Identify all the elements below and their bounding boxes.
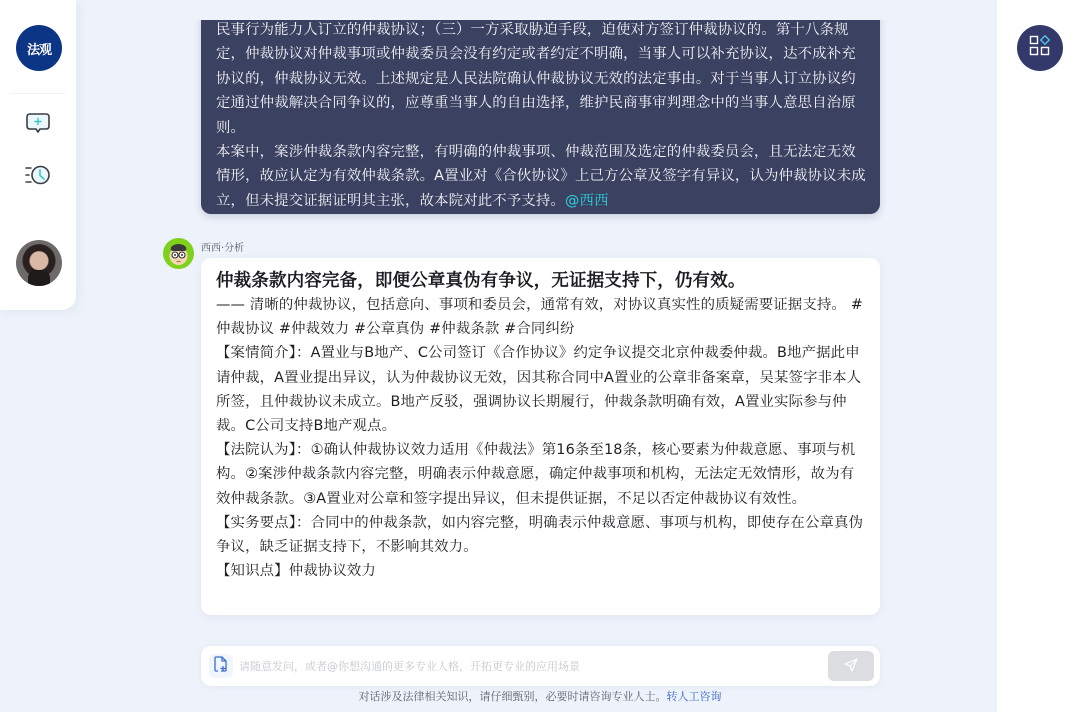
attach-file-button[interactable] bbox=[209, 654, 233, 678]
bot-message-title: 仲裁条款内容完备，即便公章真伪有争议，无证据支持下，仍有效。 bbox=[216, 268, 866, 294]
user-message-text: 本案中，案涉仲裁条款内容完整，有明确的仲裁事项、仲裁范围及选定的仲裁委员会，且无… bbox=[216, 144, 866, 209]
human-consult-link[interactable]: 转人工咨询 bbox=[667, 690, 722, 703]
send-icon bbox=[844, 658, 858, 675]
chat-input-bar bbox=[201, 646, 880, 686]
chat-input[interactable] bbox=[239, 654, 819, 678]
bot-message-subtitle: —— 清晰的仲裁协议，包括意向、事项和委员会，通常有效，对协议真实性的质疑需要证… bbox=[216, 293, 866, 341]
chat-plus-icon bbox=[25, 111, 51, 139]
user-message-paragraph: 民事行为能力人订立的仲裁协议；（三）一方采取胁迫手段，迫使对方签订仲裁协议的。第… bbox=[216, 18, 866, 140]
app-logo[interactable]: 法观 bbox=[16, 25, 62, 71]
send-button[interactable] bbox=[828, 651, 874, 681]
disclaimer: 对话涉及法律相关知识，请仔细甄别，必要时请咨询专业人士。转人工咨询 bbox=[150, 688, 930, 704]
left-sidebar: 法观 bbox=[0, 0, 76, 310]
mention-link[interactable]: @西西 bbox=[565, 193, 609, 209]
bot-sender-name: 西西·分析 bbox=[201, 239, 244, 254]
top-fade bbox=[150, 0, 890, 20]
bot-section-case-summary: 【案情简介】：A置业与B地产、C公司签订《合作协议》约定争议提交北京仲裁委仲裁。… bbox=[216, 341, 866, 438]
user-message-bubble: 民事行为能力人订立的仲裁协议；（三）一方采取胁迫手段，迫使对方签订仲裁协议的。第… bbox=[201, 8, 880, 214]
apps-button[interactable] bbox=[1017, 25, 1063, 71]
file-plus-icon bbox=[214, 656, 228, 676]
bot-section-practice-points: 【实务要点】：合同中的仲裁条款，如内容完整，明确表示仲裁意愿、事项与机构，即使存… bbox=[216, 511, 866, 559]
apps-grid-icon bbox=[1029, 35, 1051, 61]
history-clock-icon bbox=[24, 162, 52, 192]
bot-section-court-opinion: 【法院认为】：①确认仲裁协议效力适用《仲裁法》第16条至18条，核心要素为仲裁意… bbox=[216, 438, 866, 511]
right-panel bbox=[996, 0, 1080, 712]
bot-section-knowledge-point: 【知识点】仲裁协议效力 bbox=[216, 559, 866, 583]
user-message-paragraph: 本案中，案涉仲裁条款内容完整，有明确的仲裁事项、仲裁范围及选定的仲裁委员会，且无… bbox=[216, 140, 866, 213]
new-chat-button[interactable] bbox=[24, 111, 52, 139]
disclaimer-text: 对话涉及法律相关知识，请仔细甄别，必要时请咨询专业人士。 bbox=[359, 690, 667, 703]
history-button[interactable] bbox=[24, 163, 52, 191]
chat-area: 民事行为能力人订立的仲裁协议；（三）一方采取胁迫手段，迫使对方签订仲裁协议的。第… bbox=[150, 0, 890, 712]
user-avatar[interactable] bbox=[16, 240, 62, 286]
bot-face-icon bbox=[163, 238, 194, 269]
bot-avatar bbox=[163, 238, 194, 269]
bot-message-bubble: 仲裁条款内容完备，即便公章真伪有争议，无证据支持下，仍有效。 —— 清晰的仲裁协… bbox=[201, 258, 880, 615]
sidebar-divider bbox=[10, 93, 66, 94]
